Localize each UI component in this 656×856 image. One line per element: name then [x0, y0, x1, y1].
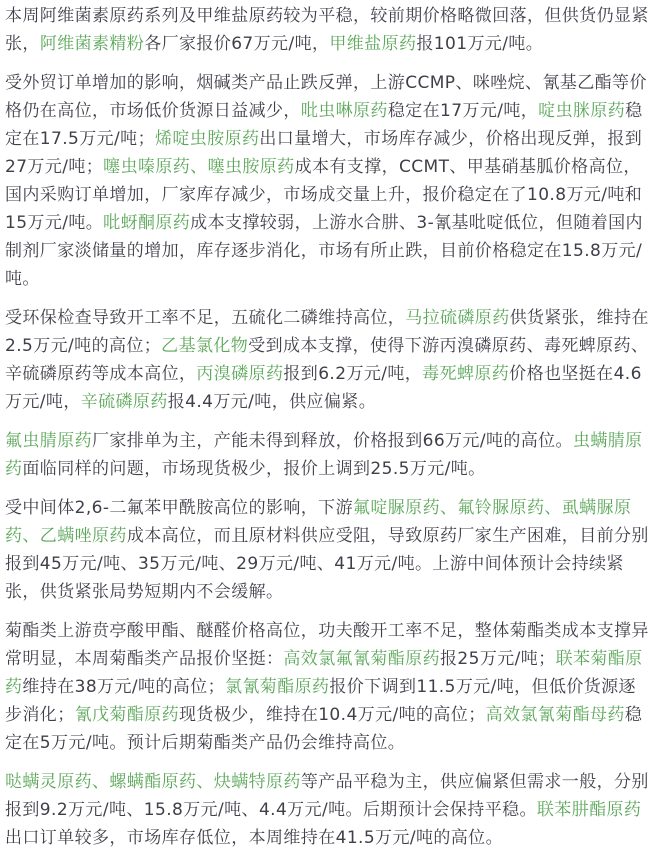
product-link[interactable]: 联苯肼酯原药: [537, 800, 641, 820]
product-link[interactable]: 啶虫脒原药: [538, 101, 625, 121]
text-run: 报4.4万元/吨，供应偏紧。: [168, 392, 376, 412]
text-run: 维持在38万元/吨的高位；: [22, 677, 225, 697]
text-run: 报25万元/吨；: [440, 649, 556, 669]
paragraph: 受外贸订单增加的影响，烟碱类产品止跌反弹，上游CCMP、咪唑烷、氰基乙酯等价格仍…: [5, 69, 650, 293]
product-link[interactable]: 氯氰菊酯原药: [225, 677, 329, 697]
text-run: 各厂家报价67万元/吨，: [144, 34, 329, 54]
paragraph: 菊酯类上游贲亭酸甲酯、醚醛价格高位，功夫酸开工率不足，整体菊酯类成本支撑异常明显…: [5, 617, 650, 757]
product-link[interactable]: 高效氯氰菊酯母药: [486, 705, 625, 725]
product-link[interactable]: 吡蚜酮原药: [103, 213, 190, 233]
article: 本周阿维菌素原药系列及甲维盐原药较为平稳，较前期价格略微回落，但供货仍显紧张，阿…: [5, 2, 650, 852]
product-link[interactable]: 辛硫磷原药: [81, 392, 168, 412]
product-link[interactable]: 氟虫腈原药: [5, 431, 92, 451]
product-link[interactable]: 毒死蜱原药: [422, 364, 509, 384]
text-run: 受环保检查导致开工率不足，五硫化二磷维持高位，: [5, 308, 405, 328]
product-link[interactable]: 甲维盐原药: [329, 34, 416, 54]
paragraph: 哒螨灵原药、螺螨酯原药、炔螨特原药等产品平稳为主，供应偏紧但需求一般，分别报到9…: [5, 768, 650, 852]
product-link[interactable]: 烯啶虫胺原药: [155, 129, 259, 149]
paragraph: 受环保检查导致开工率不足，五硫化二磷维持高位，马拉硫磷原药供货紧张，维持在2.5…: [5, 304, 650, 416]
product-link[interactable]: 丙溴磷原药: [196, 364, 283, 384]
paragraph: 本周阿维菌素原药系列及甲维盐原药较为平稳，较前期价格略微回落，但供货仍显紧张，阿…: [5, 2, 650, 58]
product-link[interactable]: 噻虫嗪原药、噻虫胺原药: [103, 157, 294, 177]
paragraph: 受中间体2,6-二氟苯甲酰胺高位的影响，下游氟啶脲原药、氟铃脲原药、虱螨脲原药、…: [5, 494, 650, 606]
text-run: 报101万元/吨。: [416, 34, 543, 54]
product-link[interactable]: 氰戊菊酯原药: [75, 705, 179, 725]
text-run: 厂家排单为主，产能未得到释放，价格报到66万元/吨的高位。: [92, 431, 573, 451]
text-run: 面临同样的问题，市场现货极少，报价上调到25.5万元/吨。: [22, 459, 485, 479]
product-link[interactable]: 吡虫啉原药: [301, 101, 388, 121]
product-link[interactable]: 马拉硫磷原药: [405, 308, 509, 328]
text-run: 稳定在17万元/吨，: [388, 101, 538, 121]
text-run: 现货极少，维持在10.4万元/吨的高位；: [179, 705, 486, 725]
text-run: 出口订单较多，市场库存低位，本周维持在41.5万元/吨的高位。: [5, 828, 503, 848]
product-link[interactable]: 高效氯氟氰菊酯原药: [283, 649, 440, 669]
product-link[interactable]: 阿维菌素精粉: [40, 34, 144, 54]
product-link[interactable]: 哒螨灵原药、螺螨酯原药、炔螨特原药: [5, 772, 301, 792]
text-run: 报到6.2万元/吨，: [283, 364, 422, 384]
product-link[interactable]: 乙基氯化物: [161, 336, 248, 356]
text-run: 受中间体2,6-二氟苯甲酰胺高位的影响，下游: [5, 498, 353, 518]
paragraph: 氟虫腈原药厂家排单为主，产能未得到释放，价格报到66万元/吨的高位。虫螨腈原药面…: [5, 427, 650, 483]
